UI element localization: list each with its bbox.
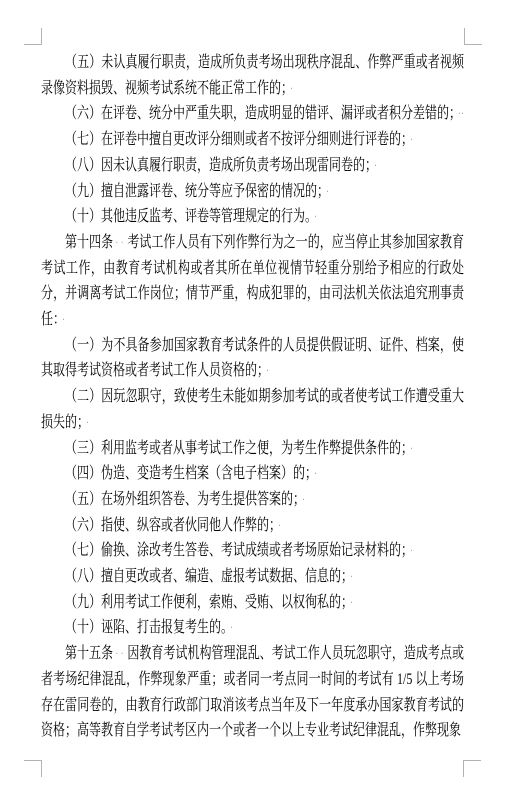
paragraph-mark: · [59,312,65,326]
paragraph[interactable]: （七）偷换、涂改考生答卷、考试成绩或者考场原始记录材料的；· [41,538,464,564]
space-marks: ·· [113,235,127,249]
paragraph-text: （九）擅自泄露评卷、统分等应予保密的情况的； [65,183,323,200]
paragraph-mark: · [347,595,353,609]
document-page: （五）未认真履行职责，造成所负责考场出现秩序混乱、作弊严重或者视频录像资料损毁、… [0,0,505,795]
paragraph-text: （十）其他违反监考、评卷等管理规定的行为。 [65,208,311,225]
paragraph-mark: · [263,363,269,377]
paragraph-mark: · [311,466,317,480]
paragraph-text: （九）利用考试工作便利，索贿、受贿、以权徇私的； [65,594,347,611]
article-number: 第十五条 [65,645,113,662]
paragraph-mark: · [407,441,413,455]
crop-mark-top-right [464,28,482,45]
paragraph[interactable]: （三）利用监考或者从事考试工作之便，为考生作弊提供条件的；· [41,436,464,462]
paragraph[interactable]: （十）诬陷、打击报复考生的。· [41,615,464,641]
paragraph[interactable]: （七）在评卷中擅自更改评分细则或者不按评分细则进行评卷的；· [41,127,464,153]
paragraph-mark: · [275,518,281,532]
paragraph[interactable]: 第十五条··因教育考试机构管理混乱、考试工作人员玩忽职守，造成考点或者考场纪律混… [41,641,464,744]
paragraph-mark: · [299,492,305,506]
paragraph-text: （二）因玩忽职守，致使考生未能如期参加考试的或者使考试工作遭受重大损失的； [41,388,464,431]
paragraph-text: （八）因未认真履行职责，造成所负责考场出现雷同卷的； [65,157,371,174]
paragraph[interactable]: （十）其他违反监考、评卷等管理规定的行为。· [41,204,464,230]
paragraph-text: （四）伪造、变造考生档案（含电子档案）的； [65,465,311,482]
paragraph-mark: · [347,569,353,583]
paragraph-mark: · [287,81,293,95]
paragraph[interactable]: （二）因玩忽职守，致使考生未能如期参加考试的或者使考试工作遭受重大损失的；· [41,384,464,435]
paragraph-text: （五）未认真履行职责，造成所负责考场出现秩序混乱、作弊严重或者视频录像资料损毁、… [41,54,464,97]
article-number: 第十四条 [65,234,113,251]
paragraph[interactable]: （九）利用考试工作便利，索贿、受贿、以权徇私的；· [41,590,464,616]
paragraph-mark: · [323,184,329,198]
paragraph[interactable]: 第十四条··考试工作人员有下列作弊行为之一的，应当停止其参加国家教育考试工作，由… [41,230,464,333]
paragraph-mark: · [407,132,413,146]
paragraph-mark: · [371,158,377,172]
crop-mark-bottom-left [24,760,42,777]
paragraph[interactable]: （六）指使、纵容或者伙同他人作弊的；· [41,513,464,539]
paragraph-text: （五）在场外组织答卷、为考生提供答案的； [65,491,299,508]
paragraph[interactable]: （九）擅自泄露评卷、统分等应予保密的情况的；· [41,179,464,205]
paragraph[interactable]: （一）为不具备参加国家教育考试条件的人员提供假证明、证件、档案，使其取得考试资格… [41,333,464,384]
paragraph-mark: · [227,620,233,634]
paragraph-text: （七）在评卷中擅自更改评分细则或者不按评分细则进行评卷的； [65,131,407,148]
crop-mark-bottom-right [463,760,481,777]
paragraph[interactable]: （八）因未认真履行职责，造成所负责考场出现雷同卷的；· [41,153,464,179]
paragraph-mark: ·· [455,106,464,120]
paragraph[interactable]: （五）在场外组织答卷、为考生提供答案的；· [41,487,464,513]
paragraph-mark: · [311,209,317,223]
paragraph-text: （六）在评卷、统分中严重失职，造成明显的错评、漏评或者积分差错的； [65,105,455,122]
paragraph[interactable]: （五）未认真履行职责，造成所负责考场出现秩序混乱、作弊严重或者视频录像资料损毁、… [41,50,464,101]
space-marks: ·· [113,646,127,660]
paragraph-text: （一）为不具备参加国家教育考试条件的人员提供假证明、证件、档案，使其取得考试资格… [41,337,464,380]
paragraph-text: （七）偷换、涂改考生答卷、考试成绩或者考场原始记录材料的； [65,542,407,559]
paragraph[interactable]: （六）在评卷、统分中严重失职，造成明显的错评、漏评或者积分差错的；·· [41,101,464,127]
paragraph-text: （六）指使、纵容或者伙同他人作弊的； [65,517,275,534]
paragraph-text: （三）利用监考或者从事考试工作之便，为考生作弊提供条件的； [65,440,407,457]
crop-mark-top-left [24,28,42,45]
paragraph-text: （十）诬陷、打击报复考生的。 [65,619,227,636]
paragraph-mark: · [83,415,89,429]
paragraph[interactable]: （八）擅自更改或者、编造、虚报考试数据、信息的；· [41,564,464,590]
paragraph-text: （八）擅自更改或者、编造、虚报考试数据、信息的； [65,568,347,585]
paragraph-mark: · [407,543,413,557]
paragraph[interactable]: （四）伪造、变造考生档案（含电子档案）的；· [41,461,464,487]
document-text-area[interactable]: （五）未认真履行职责，造成所负责考场出现秩序混乱、作弊严重或者视频录像资料损毁、… [41,50,464,744]
